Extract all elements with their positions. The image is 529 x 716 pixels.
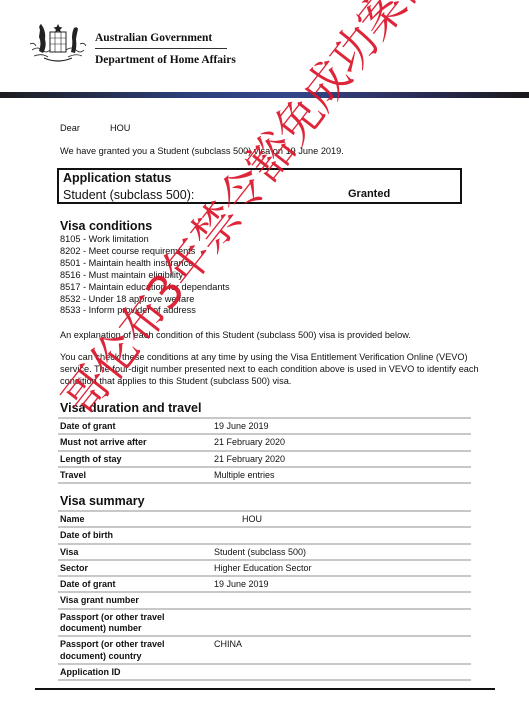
visa-duration-title: Visa duration and travel	[60, 401, 201, 415]
visa-conditions-title: Visa conditions	[60, 219, 152, 233]
table-row: Date of grant 19 June 2019	[58, 418, 471, 434]
letterhead-divider	[95, 48, 227, 49]
letterhead: Australian Government Department of Home…	[0, 0, 529, 92]
coat-of-arms-icon	[26, 20, 90, 66]
application-status-visa: Student (subclass 500):	[63, 188, 194, 202]
row-label: Sector	[58, 560, 212, 576]
row-label: Must not arrive after	[58, 434, 212, 450]
table-row: Application ID	[58, 664, 471, 680]
grant-intro: We have granted you a Student (subclass …	[60, 146, 344, 158]
row-label: Date of birth	[58, 527, 212, 543]
table-row: Passport (or other travel document) numb…	[58, 609, 471, 637]
row-value: Multiple entries	[212, 467, 471, 483]
row-label: Travel	[58, 467, 212, 483]
row-value: 19 June 2019	[212, 576, 471, 592]
visa-summary-table: Name HOU Date of birth Visa Student (sub…	[58, 510, 471, 681]
application-status-value: Granted	[348, 188, 390, 200]
row-value: 21 February 2020	[212, 434, 471, 450]
row-value: CHINA	[212, 636, 471, 664]
row-value	[212, 609, 471, 637]
row-label: Application ID	[58, 664, 212, 680]
condition-item: 8532 - Under 18 approve welfare	[60, 294, 230, 306]
row-label: Length of stay	[58, 451, 212, 467]
condition-item: 8501 - Maintain health insurance	[60, 258, 230, 270]
row-label: Date of grant	[58, 418, 212, 434]
vevo-note: You can check these conditions at any ti…	[60, 352, 500, 387]
recipient-name: HOU	[110, 123, 130, 135]
table-row: Date of birth	[58, 527, 471, 543]
condition-item: 8533 - Inform provider of address	[60, 305, 230, 317]
row-value: HOU	[212, 511, 471, 527]
row-label: Passport (or other travel document) coun…	[58, 636, 212, 664]
table-row: Visa grant number	[58, 592, 471, 608]
row-label: Visa	[58, 544, 212, 560]
table-row: Length of stay 21 February 2020	[58, 451, 471, 467]
row-value	[212, 592, 471, 608]
footer-divider	[35, 688, 495, 690]
condition-item: 8105 - Work limitation	[60, 234, 230, 246]
row-label: Name	[58, 511, 212, 527]
row-value: 19 June 2019	[212, 418, 471, 434]
application-status-title: Application status	[63, 171, 171, 185]
header-band	[0, 92, 529, 98]
table-row: Sector Higher Education Sector	[58, 560, 471, 576]
table-row: Passport (or other travel document) coun…	[58, 636, 471, 664]
row-label: Passport (or other travel document) numb…	[58, 609, 212, 637]
row-value	[212, 664, 471, 680]
condition-item: 8517 - Maintain education for dependants	[60, 282, 230, 294]
row-value: Higher Education Sector	[212, 560, 471, 576]
visa-conditions-list: 8105 - Work limitation 8202 - Meet cours…	[60, 234, 230, 317]
table-row: Must not arrive after 21 February 2020	[58, 434, 471, 450]
application-status-box: Application status Student (subclass 500…	[57, 168, 462, 204]
row-value: Student (subclass 500)	[212, 544, 471, 560]
visa-summary-title: Visa summary	[60, 494, 145, 508]
table-row: Name HOU	[58, 511, 471, 527]
condition-item: 8202 - Meet course requirements	[60, 246, 230, 258]
row-value: 21 February 2020	[212, 451, 471, 467]
table-row: Travel Multiple entries	[58, 467, 471, 483]
table-row: Visa Student (subclass 500)	[58, 544, 471, 560]
conditions-explanation: An explanation of each condition of this…	[60, 330, 411, 342]
condition-item: 8516 - Must maintain eligibility	[60, 270, 230, 282]
table-row: Date of grant 19 June 2019	[58, 576, 471, 592]
row-label: Date of grant	[58, 576, 212, 592]
government-name: Australian Government	[95, 32, 212, 44]
row-label: Visa grant number	[58, 592, 212, 608]
visa-duration-table: Date of grant 19 June 2019 Must not arri…	[58, 417, 471, 484]
department-name: Department of Home Affairs	[95, 54, 236, 66]
salutation: Dear	[60, 123, 80, 135]
row-value	[212, 527, 471, 543]
